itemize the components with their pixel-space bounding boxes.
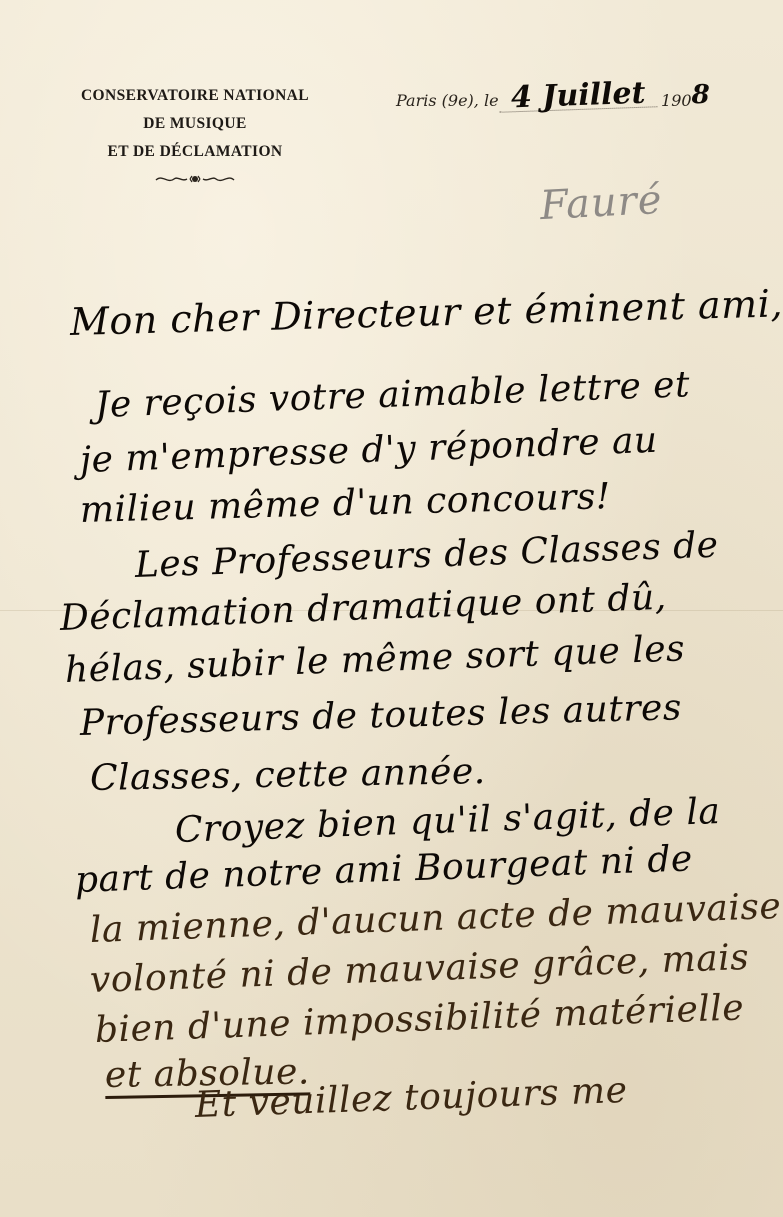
dateline-place: Paris (9e), le	[396, 91, 499, 110]
body-line: Professeurs de toutes les autres	[79, 687, 682, 744]
dateline: Paris (9e), le 4 Juillet 1908	[396, 80, 766, 110]
body-line: Classes, cette année.	[90, 751, 486, 799]
body-line: milieu même d'un concours!	[79, 476, 611, 531]
dateline-year-prefix: 190	[661, 91, 692, 110]
letterhead-line-1: CONSERVATOIRE NATIONAL	[40, 82, 350, 110]
pencil-annotation: Fauré	[539, 177, 664, 229]
letter-page: CONSERVATOIRE NATIONAL DE MUSIQUE ET DE …	[0, 0, 783, 1217]
letterhead: CONSERVATOIRE NATIONAL DE MUSIQUE ET DE …	[40, 82, 350, 186]
body-line: Déclamation dramatique ont dû,	[59, 577, 667, 639]
body-line: Les Professeurs des Classes de	[134, 525, 719, 586]
body-line: hélas, subir le même sort que les	[64, 628, 685, 691]
letterhead-line-2: DE MUSIQUE	[40, 110, 350, 138]
body-line: Je reçois votre aimable lettre et	[94, 364, 690, 426]
body-line: je m'empresse d'y répondre au	[79, 420, 658, 481]
dateline-day-month: 4 Juillet	[498, 80, 657, 113]
dateline-year-digit: 8	[692, 80, 710, 110]
salutation: Mon cher Directeur et éminent ami,	[69, 281, 783, 344]
flourish-ornament-icon	[154, 172, 236, 186]
letterhead-line-3: ET DE DÉCLAMATION	[40, 138, 350, 166]
